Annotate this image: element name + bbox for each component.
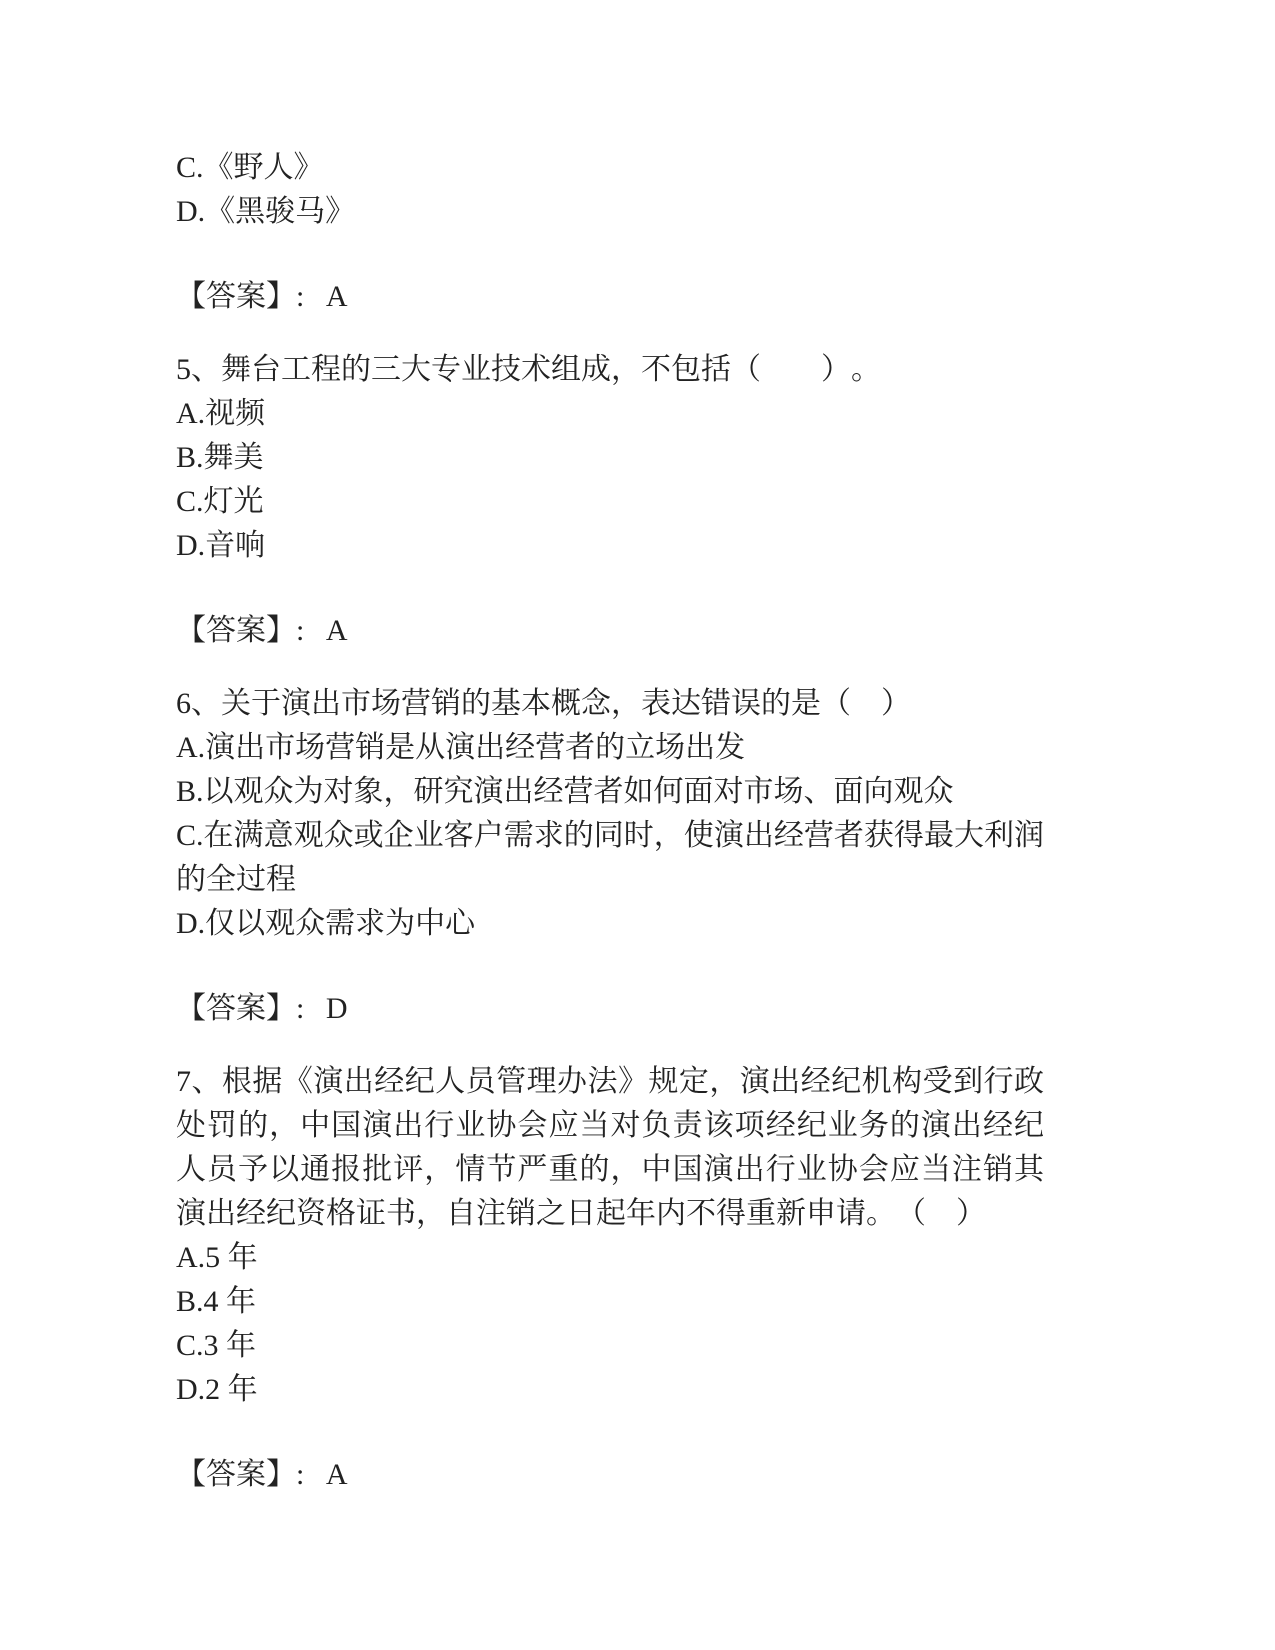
exam-content: C.《野人》 D.《黑骏马》 【答案】: A 5、舞台工程的三大专业技术组成，不… [176,146,1044,1526]
option-key: C. [176,485,204,518]
question-block: C.《野人》 D.《黑骏马》 【答案】: A [176,146,1044,319]
answer-line: 【答案】: D [176,987,1044,1031]
option-line: B.4 年 [176,1280,1044,1324]
answer-value: A [326,1458,348,1491]
option-text: 2 年 [205,1373,258,1406]
question-stem: 6、关于演出市场营销的基本概念，表达错误的是（ ） [176,682,1044,726]
option-line: C.灯光 [176,480,1044,524]
option-line: C.《野人》 [176,146,1044,190]
document-page: C.《野人》 D.《黑骏马》 【答案】: A 5、舞台工程的三大专业技术组成，不… [0,0,1275,1650]
option-key: D. [176,907,205,940]
option-text: 5 年 [205,1241,258,1274]
answer-value: A [326,614,348,647]
option-line: D.仅以观众需求为中心 [176,902,1044,946]
option-text: 3 年 [204,1329,257,1362]
option-line: A.视频 [176,392,1044,436]
option-key: A. [176,397,205,430]
question-block: 5、舞台工程的三大专业技术组成，不包括（ ）。 A.视频 B.舞美 C.灯光 D… [176,348,1044,653]
option-text: 视频 [205,397,265,430]
option-line: B.以观众为对象，研究演出经营者如何面对市场、面向观众 [176,770,1044,814]
option-text: 仅以观众需求为中心 [205,907,475,940]
option-key: B. [176,775,204,808]
option-text: 音响 [205,529,265,562]
option-key: C. [176,151,204,184]
option-text: 《黑骏马》 [205,195,355,228]
option-key: B. [176,1285,204,1318]
option-key: A. [176,731,205,764]
question-stem: 5、舞台工程的三大专业技术组成，不包括（ ）。 [176,348,1044,392]
options-list: A.演出市场营销是从演出经营者的立场出发 B.以观众为对象，研究演出经营者如何面… [176,726,1044,946]
option-line: A.演出市场营销是从演出经营者的立场出发 [176,726,1044,770]
answer-line: 【答案】: A [176,275,1044,319]
option-text: 舞美 [204,441,264,474]
question-block: 7、根据《演出经纪人员管理办法》规定，演出经纪机构受到行政处罚的，中国演出行业协… [176,1060,1044,1497]
option-key: D. [176,529,205,562]
option-text: 演出市场营销是从演出经营者的立场出发 [205,731,745,764]
option-text: 以观众为对象，研究演出经营者如何面对市场、面向观众 [204,775,954,808]
options-list: A.视频 B.舞美 C.灯光 D.音响 [176,392,1044,568]
answer-value: D [326,992,348,1025]
option-key: C. [176,819,204,852]
option-text: 4 年 [204,1285,257,1318]
option-key: B. [176,441,204,474]
option-text: 在满意观众或企业客户需求的同时，使演出经营者获得最大利润的全过程 [176,819,1044,896]
answer-label: 【答案】: [176,280,304,313]
option-key: A. [176,1241,205,1274]
answer-label: 【答案】: [176,1458,304,1491]
answer-line: 【答案】: A [176,609,1044,653]
option-line: D.2 年 [176,1368,1044,1412]
option-line: D.音响 [176,524,1044,568]
question-block: 6、关于演出市场营销的基本概念，表达错误的是（ ） A.演出市场营销是从演出经营… [176,682,1044,1031]
answer-line: 【答案】: A [176,1453,1044,1497]
option-line: A.5 年 [176,1236,1044,1280]
option-line: C.3 年 [176,1324,1044,1368]
answer-value: A [326,280,348,313]
option-key: C. [176,1329,204,1362]
option-line: C.在满意观众或企业客户需求的同时，使演出经营者获得最大利润的全过程 [176,814,1044,902]
options-list: C.《野人》 D.《黑骏马》 [176,146,1044,234]
option-text: 灯光 [204,485,264,518]
option-line: B.舞美 [176,436,1044,480]
question-stem: 7、根据《演出经纪人员管理办法》规定，演出经纪机构受到行政处罚的，中国演出行业协… [176,1060,1044,1236]
option-key: D. [176,1373,205,1406]
option-key: D. [176,195,205,228]
option-text: 《野人》 [204,151,324,184]
options-list: A.5 年 B.4 年 C.3 年 D.2 年 [176,1236,1044,1412]
answer-label: 【答案】: [176,992,304,1025]
option-line: D.《黑骏马》 [176,190,1044,234]
answer-label: 【答案】: [176,614,304,647]
